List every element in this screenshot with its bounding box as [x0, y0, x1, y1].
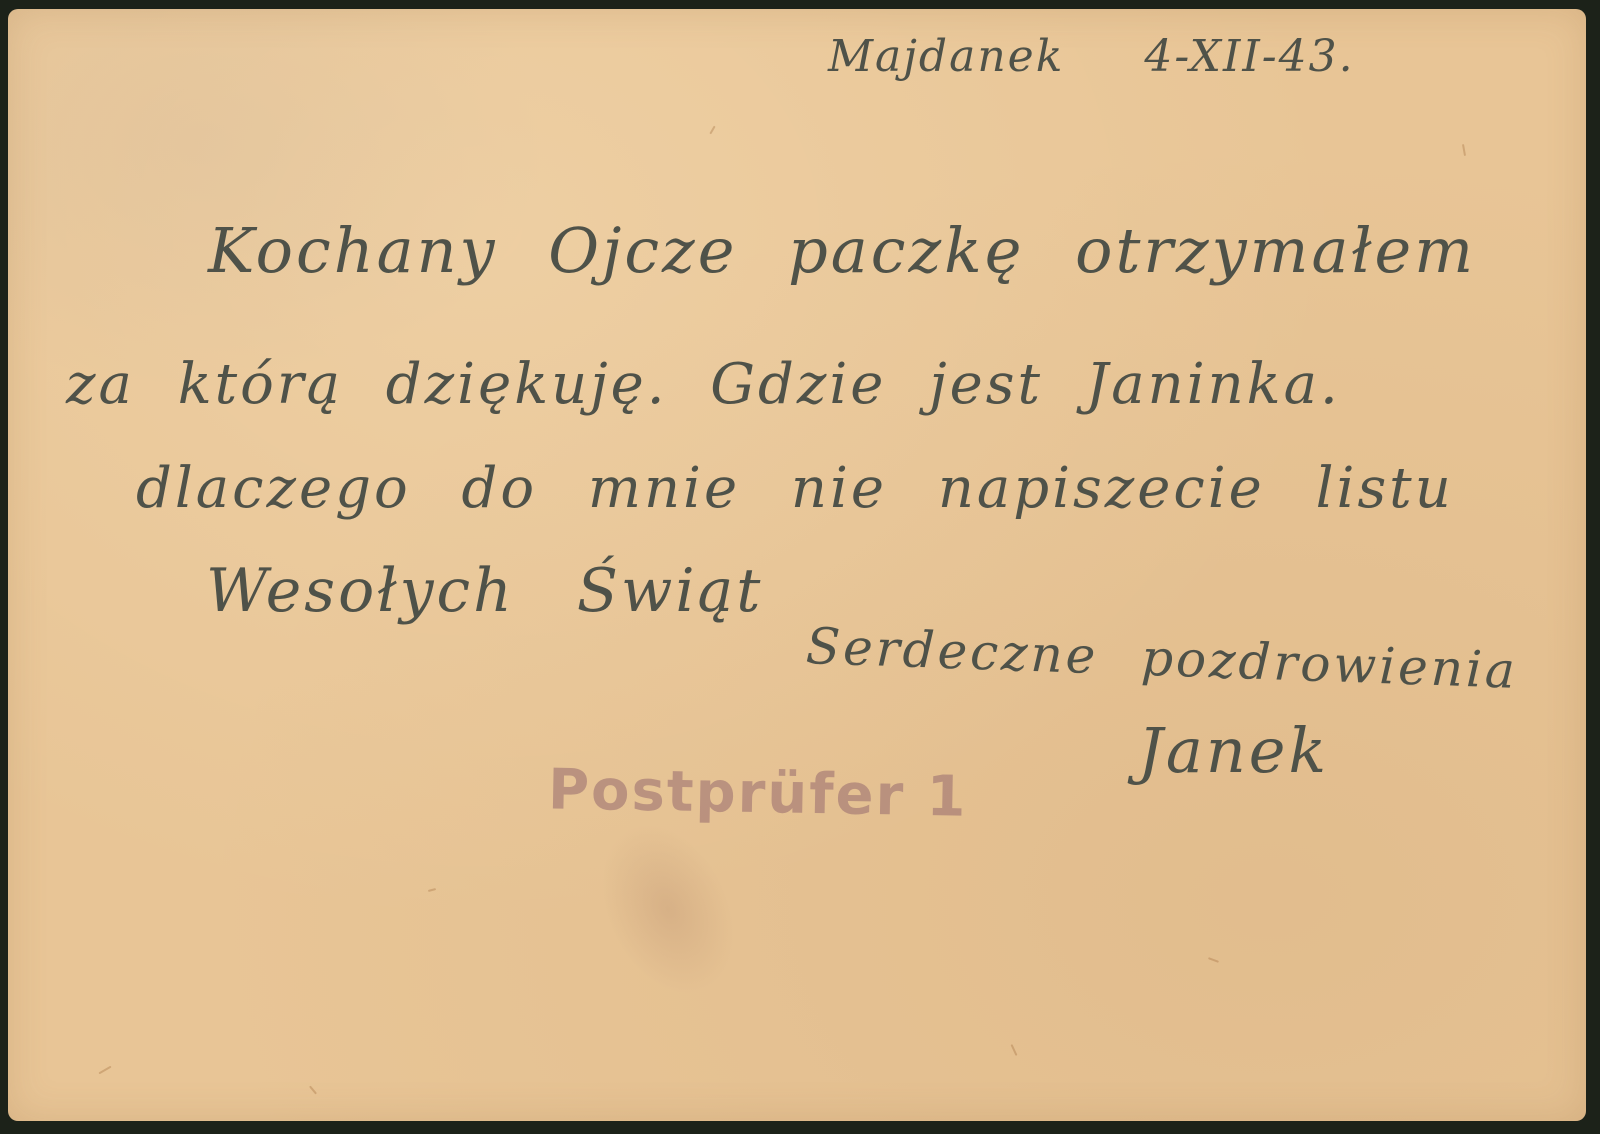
paper-fiber — [1208, 957, 1219, 963]
body-line-4: Wesołych Świąt — [206, 556, 763, 626]
censor-stamp: Postprüfer 1 — [547, 757, 968, 829]
body-line-1: Kochany Ojcze paczkę otrzymałem — [208, 214, 1476, 287]
body-line-3: dlaczego do mnie nie napiszecie listu — [136, 456, 1454, 521]
paper-fiber — [709, 126, 715, 135]
paper-fiber — [1462, 144, 1466, 156]
place-name: Majdanek — [828, 31, 1064, 82]
postcard: Majdanek4-XII-43. Kochany Ojcze paczkę o… — [8, 9, 1586, 1121]
place-date-line: Majdanek4-XII-43. — [828, 31, 1355, 82]
closing-greeting: Serdeczne pozdrowienia — [805, 617, 1519, 700]
paper-fiber — [1011, 1044, 1018, 1056]
scan-background: Majdanek4-XII-43. Kochany Ojcze paczkę o… — [0, 0, 1600, 1134]
paper-fiber — [309, 1086, 317, 1095]
paper-fiber — [98, 1066, 111, 1075]
paper-fiber — [428, 888, 436, 892]
ink-smudge — [576, 802, 761, 1016]
body-line-2: za którą dziękuję. Gdzie jest Janinka. — [66, 352, 1341, 417]
signature: Janek — [1138, 714, 1329, 787]
letter-date: 4-XII-43. — [1144, 31, 1354, 82]
